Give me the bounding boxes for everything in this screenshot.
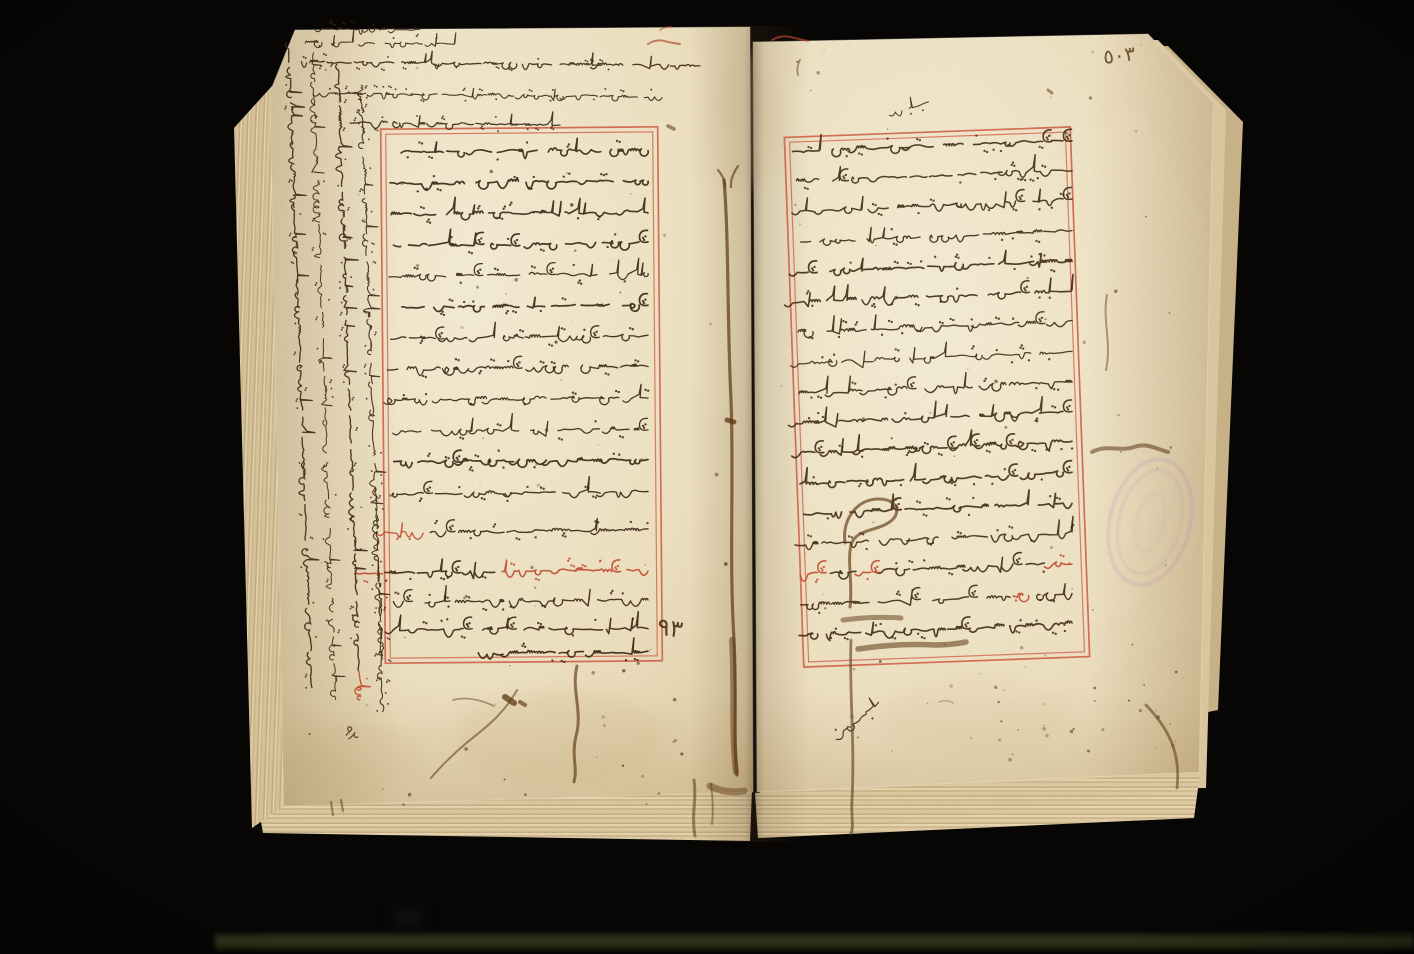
manuscript-photo: ٥٠٣ ٩٣ ٩٢ <box>0 0 1414 954</box>
photo-stage: ٥٠٣ ٩٣ ٩٢ <box>0 0 1414 954</box>
photo-vignette <box>0 0 1414 954</box>
